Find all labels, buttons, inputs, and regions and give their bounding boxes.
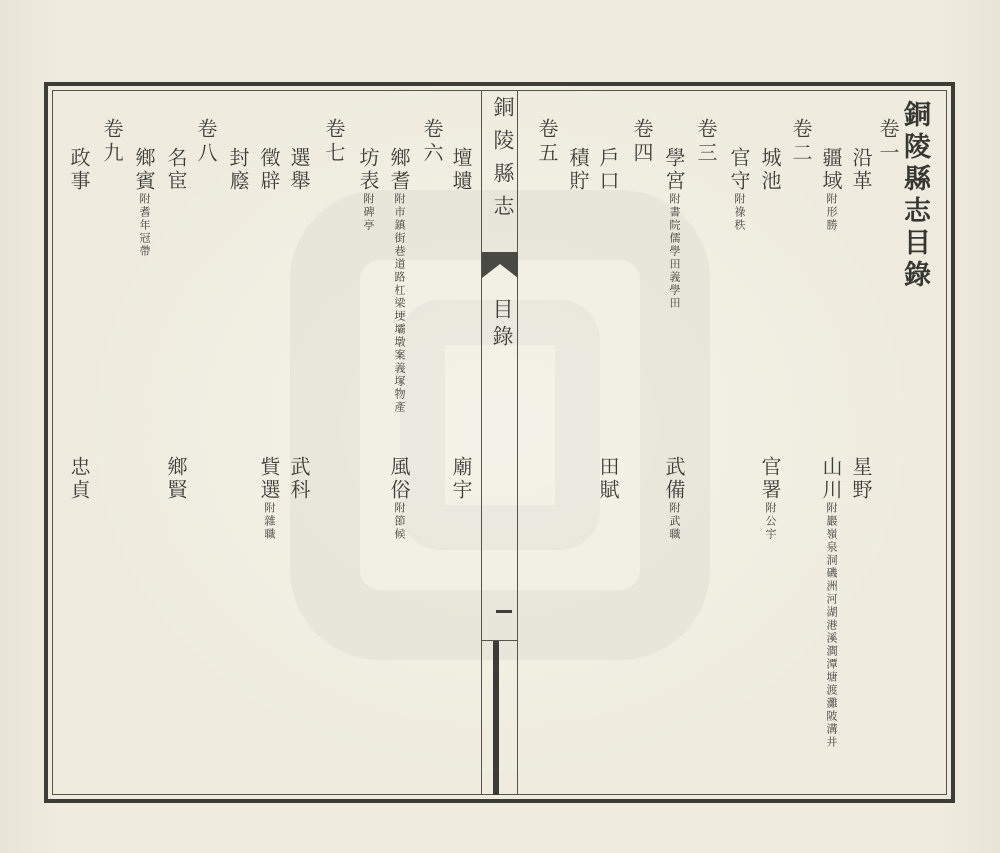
toc-entry-fengsu: 風俗附節候 bbox=[387, 456, 411, 541]
toc-entry-fengyin: 封廕 bbox=[226, 147, 250, 193]
toc-entry-chengchi: 城池 bbox=[758, 147, 782, 193]
toc-entry-jizhu: 積貯 bbox=[566, 147, 590, 193]
toc-entry-shanchuan: 山川附巖嶺泉洞磯洲河湖港溪澗潭塘渡灘陂溝井 bbox=[819, 456, 843, 749]
volume-2: 卷二 bbox=[789, 118, 813, 166]
banxin-section-title: 目錄 bbox=[489, 298, 517, 352]
toc-entry-xingye: 星野 bbox=[849, 456, 873, 502]
toc-entry-zhongzhen: 忠貞 bbox=[67, 456, 91, 502]
toc-entry-jiangyu: 疆域附形勝 bbox=[819, 147, 843, 232]
toc-entry-miaoyu: 廟宇 bbox=[449, 456, 473, 502]
banxin-page-number: 一 bbox=[496, 610, 512, 613]
banxin-black-bar bbox=[493, 641, 499, 795]
toc-entry-guanshou: 官守附祿秩 bbox=[727, 147, 751, 232]
banxin-bottom-rule bbox=[481, 640, 517, 641]
volume-5: 卷五 bbox=[535, 118, 559, 166]
toc-entry-xuanju: 選舉 bbox=[287, 147, 311, 193]
toc-entry-minghuan: 名宦 bbox=[164, 147, 188, 193]
volume-3: 卷三 bbox=[694, 118, 718, 166]
volume-1: 卷一 bbox=[876, 118, 900, 166]
toc-entry-zhengshi: 政事 bbox=[67, 147, 91, 193]
toc-entry-xuegong: 學宮附書院儒學田義學田 bbox=[662, 147, 686, 310]
toc-title: 銅陵縣志目錄 bbox=[902, 100, 926, 292]
toc-entry-xiangxian: 鄉賢 bbox=[164, 456, 188, 502]
banxin-left-rule bbox=[481, 90, 482, 795]
volume-9: 卷九 bbox=[100, 118, 124, 166]
toc-entry-zhengpi: 徵辟 bbox=[257, 147, 281, 193]
volume-8: 卷八 bbox=[194, 118, 218, 166]
toc-entry-guanshu: 官署附公宇 bbox=[758, 456, 782, 541]
toc-entry-hukou: 戶口 bbox=[596, 147, 620, 193]
volume-4: 卷四 bbox=[630, 118, 654, 166]
volume-7: 卷七 bbox=[322, 118, 346, 166]
toc-entry-xiangbin: 鄉賓附耆年冠帶 bbox=[132, 147, 156, 258]
banxin-book-title: 銅陵縣志 bbox=[486, 96, 518, 228]
toc-entry-tanwei: 壇壝 bbox=[449, 147, 473, 193]
toc-entry-yange: 沿革 bbox=[849, 147, 873, 193]
volume-6: 卷六 bbox=[420, 118, 444, 166]
toc-entry-zixuan: 貲選附雜職 bbox=[257, 456, 281, 541]
toc-entry-tianfu: 田賦 bbox=[596, 456, 620, 502]
fishtail-mark-icon bbox=[482, 252, 518, 278]
toc-entry-wubei: 武備附武職 bbox=[662, 456, 686, 541]
toc-entry-wuke: 武科 bbox=[287, 456, 311, 502]
toc-entry-xiangqi: 鄉耆附市鎮街巷道路杠梁埂壩墩案義塚物產 bbox=[387, 147, 411, 414]
toc-entry-fangbiao: 坊表附碑亭 bbox=[356, 147, 380, 232]
